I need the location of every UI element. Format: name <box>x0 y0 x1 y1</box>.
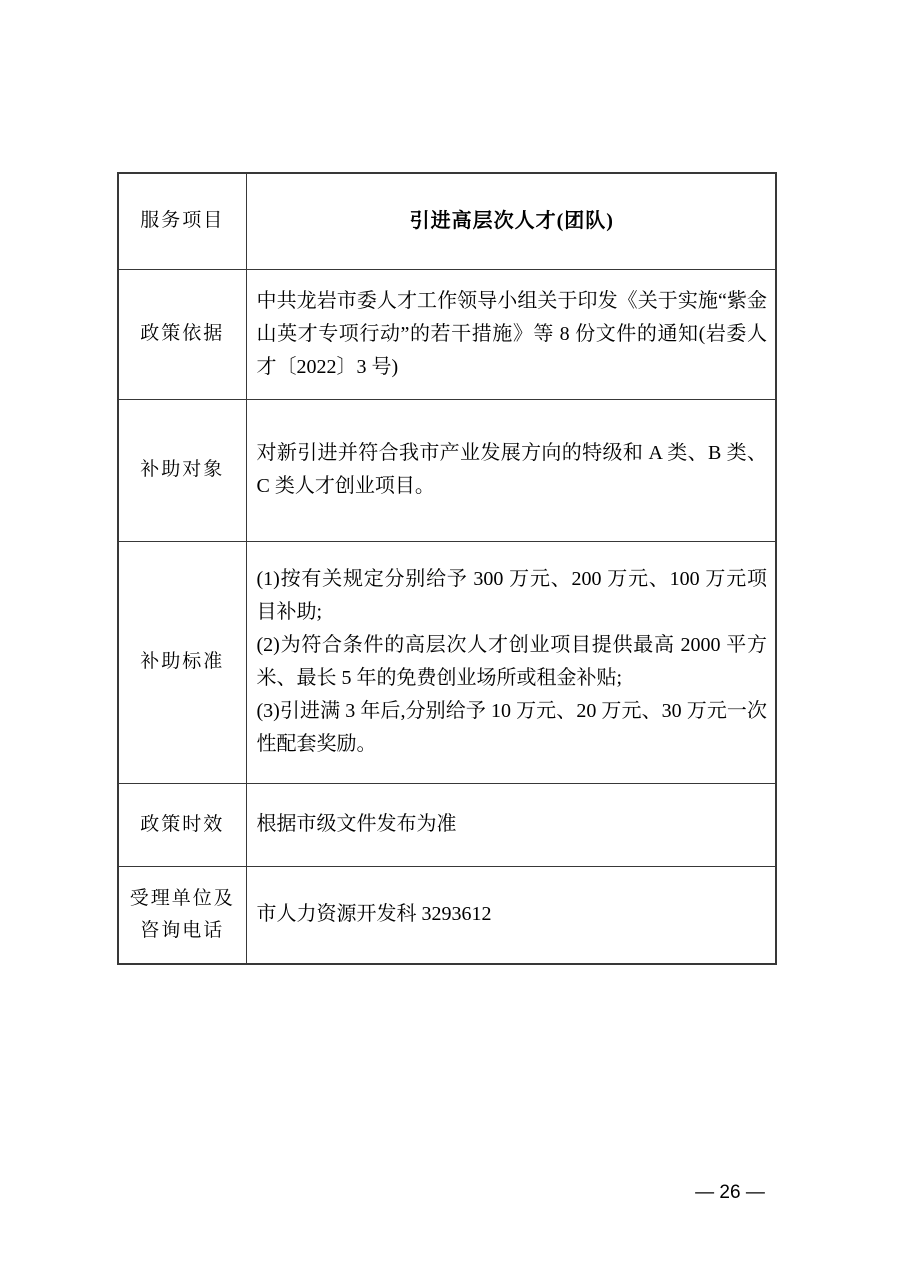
label-accepting-unit: 受理单位及咨询电话 <box>118 866 246 964</box>
content-service-item: 引进高层次人才(团队) <box>246 173 776 269</box>
content-accepting-unit: 市人力资源开发科 3293612 <box>246 866 776 964</box>
subsidy-standard-item-1: (1)按有关规定分别给予 300 万元、200 万元、100 万元项目补助; <box>257 563 768 629</box>
label-subsidy-standard: 补助标准 <box>118 541 246 783</box>
content-subsidy-target: 对新引进并符合我市产业发展方向的特级和 A 类、B 类、C 类人才创业项目。 <box>246 399 776 541</box>
table-row-accepting-unit: 受理单位及咨询电话 市人力资源开发科 3293612 <box>118 866 776 964</box>
label-service-item: 服务项目 <box>118 173 246 269</box>
table-row-policy-validity: 政策时效 根据市级文件发布为准 <box>118 783 776 866</box>
subsidy-standard-item-2: (2)为符合条件的高层次人才创业项目提供最高 2000 平方米、最长 5 年的免… <box>257 629 768 695</box>
content-policy-validity: 根据市级文件发布为准 <box>246 783 776 866</box>
table-row-policy-basis: 政策依据 中共龙岩市委人才工作领导小组关于印发《关于实施“紫金山英才专项行动”的… <box>118 269 776 399</box>
page-number: — 26 — <box>620 1182 840 1204</box>
label-policy-basis: 政策依据 <box>118 269 246 399</box>
label-subsidy-target: 补助对象 <box>118 399 246 541</box>
table-row-subsidy-target: 补助对象 对新引进并符合我市产业发展方向的特级和 A 类、B 类、C 类人才创业… <box>118 399 776 541</box>
content-policy-basis: 中共龙岩市委人才工作领导小组关于印发《关于实施“紫金山英才专项行动”的若干措施》… <box>246 269 776 399</box>
table-row-subsidy-standard: 补助标准 (1)按有关规定分别给予 300 万元、200 万元、100 万元项目… <box>118 541 776 783</box>
label-policy-validity: 政策时效 <box>118 783 246 866</box>
table-row-service-item: 服务项目 引进高层次人才(团队) <box>118 173 776 269</box>
content-subsidy-standard: (1)按有关规定分别给予 300 万元、200 万元、100 万元项目补助; (… <box>246 541 776 783</box>
subsidy-standard-item-3: (3)引进满 3 年后,分别给予 10 万元、20 万元、30 万元一次性配套奖… <box>257 695 768 761</box>
document-page: 服务项目 引进高层次人才(团队) 政策依据 中共龙岩市委人才工作领导小组关于印发… <box>0 0 900 1273</box>
policy-info-table: 服务项目 引进高层次人才(团队) 政策依据 中共龙岩市委人才工作领导小组关于印发… <box>117 172 777 965</box>
